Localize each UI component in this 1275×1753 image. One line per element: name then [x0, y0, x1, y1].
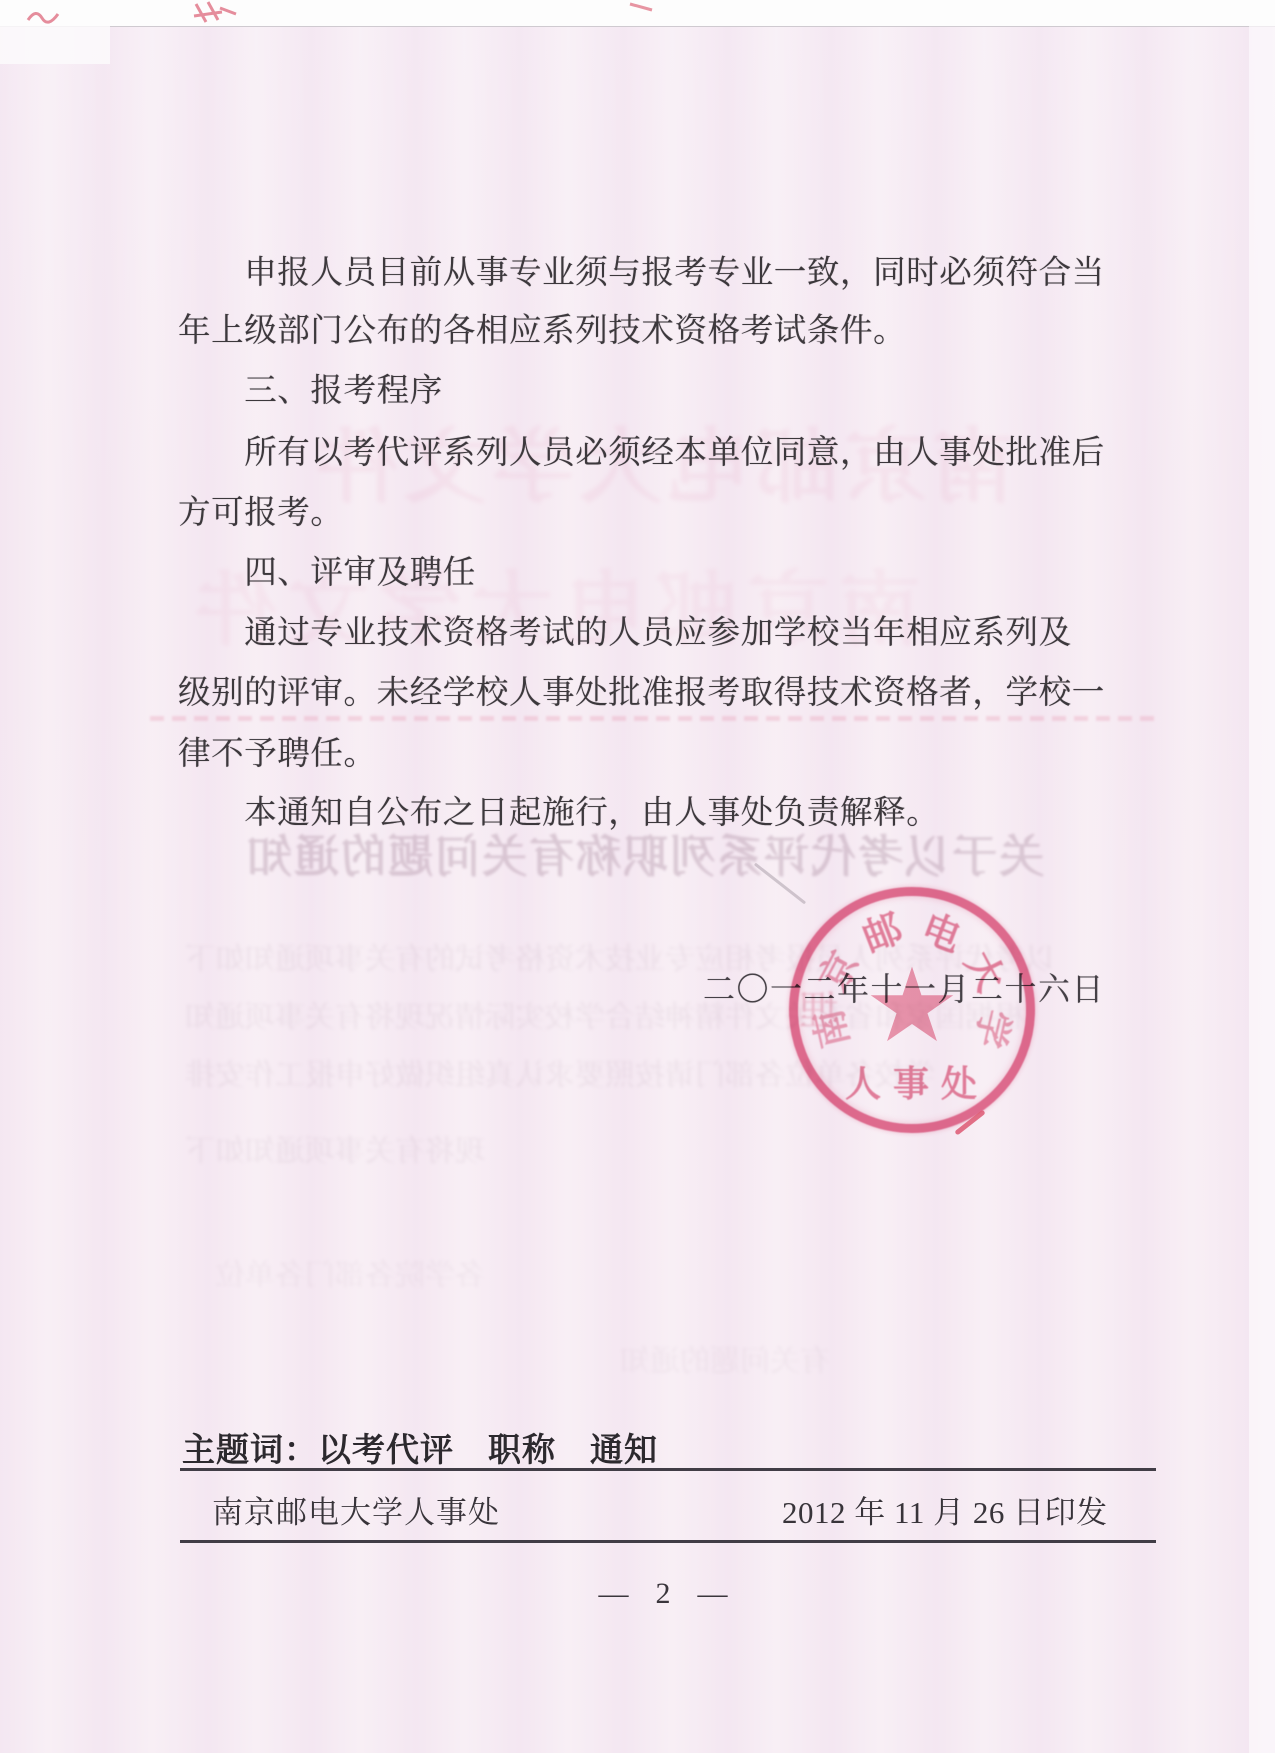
footer-divider-top — [180, 1468, 1156, 1471]
body-line: 级别的评审。未经学校人事处批准报考取得技术资格者，学校一 — [178, 667, 1105, 713]
print-date: 2012 年 11 月 26 日印发 — [782, 1487, 1108, 1532]
page-number: — 2 — — [560, 1577, 770, 1611]
body-line: 通过专业技术资格考试的人员应参加学校当年相应系列及 — [178, 607, 1072, 653]
subject-keywords-line: 主题词：以考代评 职称 通知 — [182, 1424, 658, 1471]
bleedthrough-line: 各学院各部门各单位 — [215, 1250, 485, 1294]
body-line: 所有以考代评系列人员必须经本单位同意，由人事处批准后 — [178, 427, 1105, 473]
issuing-office: 南京邮电大学人事处 — [212, 1487, 500, 1532]
scanned-page: 南京邮电大学文件 南京邮电大学文件 关于以考代评系列职称有关问题的通知 以考代评… — [0, 0, 1275, 1753]
section-heading-3: 三、报考程序 — [178, 365, 443, 411]
bleedthrough-line: 现将有关事项通知如下 — [185, 1126, 485, 1170]
body-line: 律不予聘任。 — [178, 728, 377, 774]
official-seal: 南 京 邮 电 大 学 埋 人事处 — [789, 887, 1035, 1133]
red-pen-marks-icon — [0, 0, 700, 34]
bleedthrough-red-rule — [150, 716, 1160, 721]
scan-right-highlight — [1249, 26, 1275, 1753]
body-line: 申报人员目前从事专业须与报考专业一致，同时必须符合当 — [178, 247, 1105, 293]
footer-divider-bottom — [180, 1540, 1156, 1543]
body-line: 年上级部门公布的各相应系列技术资格考试条件。 — [178, 305, 906, 351]
seal-bleedthrough-char: 埋 — [795, 979, 839, 1036]
scan-scratch — [754, 863, 806, 905]
seal-bottom-text: 人事处 — [789, 1056, 1035, 1107]
body-line: 本通知自公布之日起施行，由人事处负责解释。 — [178, 787, 939, 833]
body-line: 方可报考。 — [178, 487, 344, 533]
bleedthrough-line: 有关问题的通知 — [620, 1336, 830, 1380]
section-heading-4: 四、评审及聘任 — [178, 547, 476, 593]
